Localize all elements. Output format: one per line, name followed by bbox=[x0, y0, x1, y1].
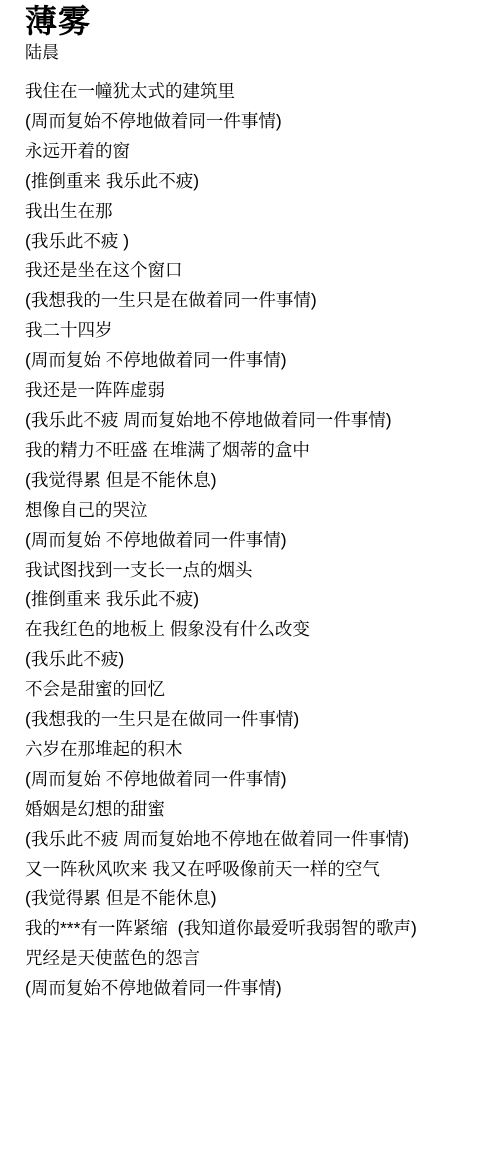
lyric-line: (周而复始不停地做着同一件事情) bbox=[25, 107, 485, 137]
lyric-line: 我的精力不旺盛 在堆满了烟蒂的盒中 bbox=[25, 436, 485, 466]
lyric-line: 六岁在那堆起的积木 bbox=[25, 735, 485, 765]
lyric-line: 不会是甜蜜的回忆 bbox=[25, 675, 485, 705]
lyric-line: (我乐此不疲 ) bbox=[25, 227, 485, 257]
lyric-line: (周而复始 不停地做着同一件事情) bbox=[25, 346, 485, 376]
lyric-line: (推倒重来 我乐此不疲) bbox=[25, 585, 485, 615]
song-artist: 陆晨 bbox=[25, 42, 485, 64]
lyric-line: (周而复始 不停地做着同一件事情) bbox=[25, 765, 485, 795]
lyric-line: (周而复始 不停地做着同一件事情) bbox=[25, 526, 485, 556]
lyric-line: (我觉得累 但是不能休息) bbox=[25, 466, 485, 496]
lyric-line: (我乐此不疲) bbox=[25, 645, 485, 675]
lyrics-page: 薄雾 陆晨 我住在一幢犹太式的建筑里(周而复始不停地做着同一件事情)永远开着的窗… bbox=[0, 0, 500, 1150]
lyric-line: 婚姻是幻想的甜蜜 bbox=[25, 795, 485, 825]
lyric-line: 我还是一阵阵虚弱 bbox=[25, 376, 485, 406]
lyric-line: 我的***有一阵紧缩 (我知道你最爱听我弱智的歌声) bbox=[25, 914, 485, 944]
lyric-line: (周而复始不停地做着同一件事情) bbox=[25, 974, 485, 1004]
lyric-line: 我还是坐在这个窗口 bbox=[25, 256, 485, 286]
lyric-line: 又一阵秋风吹来 我又在呼吸像前天一样的空气 bbox=[25, 855, 485, 885]
lyric-line: 我出生在那 bbox=[25, 197, 485, 227]
lyric-line: 想像自己的哭泣 bbox=[25, 496, 485, 526]
lyric-line: (我乐此不疲 周而复始地不停地做着同一件事情) bbox=[25, 406, 485, 436]
lyric-line: (我觉得累 但是不能休息) bbox=[25, 884, 485, 914]
lyric-line: 我试图找到一支长一点的烟头 bbox=[25, 556, 485, 586]
lyric-line: (我乐此不疲 周而复始地不停地在做着同一件事情) bbox=[25, 825, 485, 855]
lyric-line: 我住在一幢犹太式的建筑里 bbox=[25, 77, 485, 107]
lyric-line: (我想我的一生只是在做同一件事情) bbox=[25, 705, 485, 735]
lyric-line: 我二十四岁 bbox=[25, 316, 485, 346]
song-title: 薄雾 bbox=[25, 0, 485, 42]
lyric-line: 在我红色的地板上 假象没有什么改变 bbox=[25, 615, 485, 645]
lyric-line: (我想我的一生只是在做着同一件事情) bbox=[25, 286, 485, 316]
lyric-line: 永远开着的窗 bbox=[25, 137, 485, 167]
lyrics-list: 我住在一幢犹太式的建筑里(周而复始不停地做着同一件事情)永远开着的窗(推倒重来 … bbox=[25, 77, 485, 1004]
lyric-line: (推倒重来 我乐此不疲) bbox=[25, 167, 485, 197]
lyric-line: 咒经是天使蓝色的怨言 bbox=[25, 944, 485, 974]
